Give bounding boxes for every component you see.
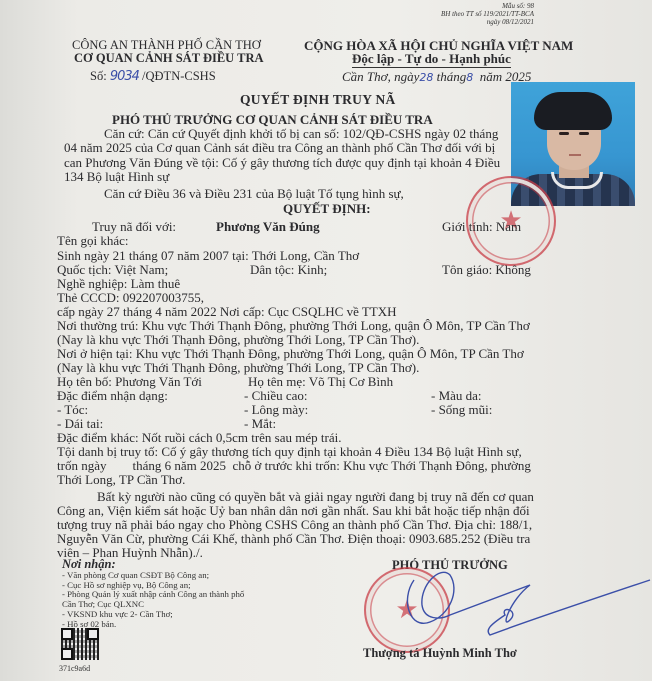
signer-name: Thượng tá Huỳnh Minh Thơ [363,646,517,661]
legal-basis-2: Căn cứ Điều 36 và Điều 231 của Bộ luật T… [104,186,404,202]
recipients-list: - Văn phòng Cơ quan CSĐT Bộ Công an; - C… [62,571,244,629]
national-motto: Độc lập - Tự do - Hạnh phúc [352,51,511,68]
document-title: QUYẾT ĐỊNH TRUY NÃ [240,92,396,108]
religion: Tôn giáo: Không [442,262,531,278]
month-handwritten: 8 [466,71,473,84]
place-date: Cần Thơ, ngày28 tháng8 năm 2025 [342,69,531,85]
month-label: tháng [437,69,467,84]
legal-basis-1: Căn cứ: Căn cứ Quyết định khởi tố bị can… [64,127,514,184]
document-number: Số: 9034 /QĐTN-CSHS [90,69,216,84]
decision-heading: QUYẾT ĐỊNH: [283,201,371,217]
ethnicity: Dân tộc: Kinh; [250,262,327,278]
form-circular: BH theo TT số 119/2021/TT-BCA [441,10,534,18]
qr-code-text: 371c9a6d [59,664,90,673]
feature-nose: - Sống mũi: [431,402,492,418]
agency-name-text: CƠ QUAN CẢNH SÁT ĐIỀU TRA [74,51,264,65]
place-label: Cần Thơ, ngày [342,69,419,84]
doc-no-handwritten: 9034 [110,69,139,84]
doc-no-suffix: /QĐTN-CSHS [142,69,216,83]
day-handwritten: 28 [419,71,433,84]
form-date: ngày 08/12/2021 [441,18,534,26]
doc-no-label: Số: [90,69,107,83]
charge-line-3: Thới Long, TP Cần Thơ. [57,472,185,488]
wanted-decision-document: Mẫu số: 98 BH theo TT số 119/2021/TT-BCA… [0,0,652,681]
form-number: Mẫu số: 98 [441,2,534,10]
form-reference: Mẫu số: 98 BH theo TT số 119/2021/TT-BCA… [441,2,534,26]
agency-name: CƠ QUAN CẢNH SÁT ĐIỀU TRA [74,51,264,66]
signature-icon [390,560,652,640]
qr-code-icon [61,628,99,660]
alias: Tên gọi khác: [57,233,128,249]
wanted-name: Phương Văn Đúng [216,219,320,235]
gender: Giới tính: Nam [442,219,521,235]
